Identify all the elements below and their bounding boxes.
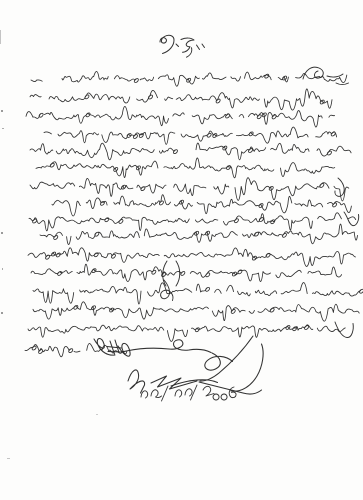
scan-artifacts	[0, 30, 98, 459]
letter-heading-handwriting	[160, 35, 205, 57]
scanned-letter-page	[0, 0, 363, 500]
letter-body-handwriting	[25, 71, 363, 356]
signature-handwriting	[94, 336, 263, 394]
handwriting-canvas	[0, 0, 363, 500]
